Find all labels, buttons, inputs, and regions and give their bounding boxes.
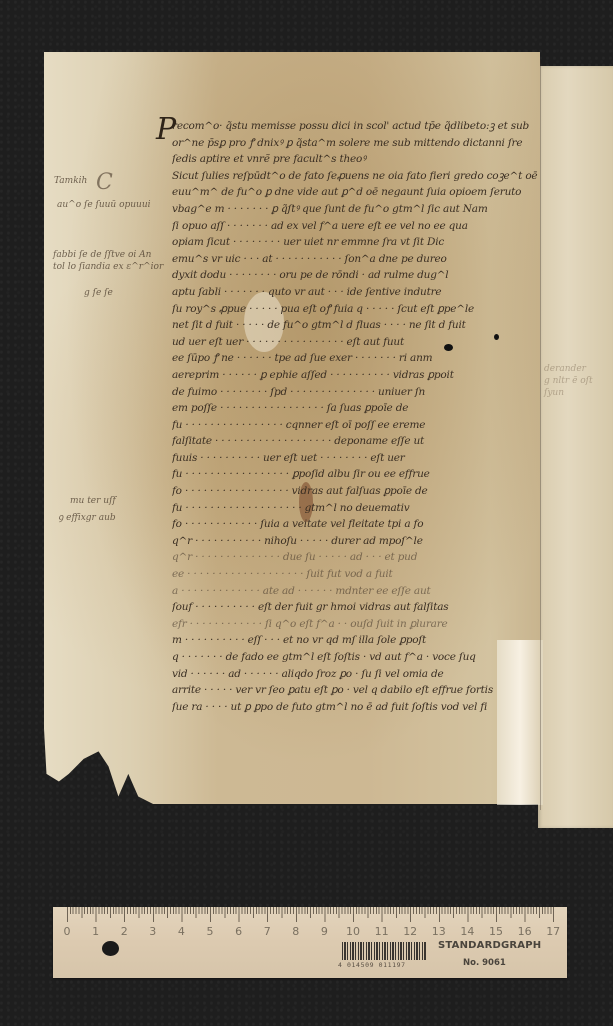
text-line: q^r · · · · · · · · · · · nihoſu · · · ·… — [172, 533, 540, 550]
margin-note: au^o ſe ſuuū opuuui — [57, 200, 151, 210]
text-line: Sicut ſulies reſpūdt^o de fato ſeꝓuens n… — [172, 168, 540, 185]
ruler-label: 11 — [375, 925, 389, 938]
text-line: a · · · · · · · · · · · · · ate ad · · ·… — [172, 583, 540, 600]
text-line: fu · · · · · · · · · · · · · · · · · ꝑpo… — [172, 466, 540, 483]
text-line: ſedis aptire et vnrẽ pre facult^s theoꝰ — [172, 151, 540, 168]
text-line: fo · · · · · · · · · · · · ſuia a veitat… — [172, 516, 540, 533]
back-leaf-note: derander — [544, 364, 586, 374]
text-line: dyxit dodu · · · · · · · · oru pe de rōn… — [172, 267, 540, 284]
text-line: aptu ſabli · · · · · · · quto vr aut · ·… — [172, 284, 540, 301]
leaf-edge — [540, 60, 541, 810]
text-line: emu^s vr uic · · · at · · · · · · · · · … — [172, 251, 540, 268]
margin-note: Tamkih — [54, 176, 87, 186]
back-leaf-note: g nltr ē oſt — [544, 376, 593, 386]
text-line: ee ſūpo ꝭ ne · · · · · · tpe ad ſue exer… — [172, 350, 540, 367]
text-line: net ſit d fuit · · · · · de fu^o gtm^l d… — [172, 317, 540, 334]
text-line: efr · · · · · · · · · · · · ſi q^o eſt f… — [172, 616, 540, 633]
ruler-model: No. 9061 — [463, 958, 506, 968]
text-line: ud uer eſt uer · · · · · · · · · · · · ·… — [172, 334, 540, 351]
ruler-label: 16 — [518, 925, 532, 938]
text-line: fu · · · · · · · · · · · · · · · · cqnne… — [172, 417, 540, 434]
ruler-label: 14 — [460, 925, 474, 938]
margin-note: g ſe ſe — [84, 288, 113, 298]
ruler-label: 5 — [207, 925, 214, 938]
ruler-label: 7 — [264, 925, 271, 938]
ruler-brand: STANDARDGRAPH — [438, 940, 541, 951]
margin-initial-c: C — [96, 170, 113, 195]
scale-ruler: 0 1 2 3 4 5 6 7 8 9 10 11 12 13 14 15 16… — [53, 907, 567, 978]
text-line: or^ne p̄sꝑ pro ꝭ dnixꝰ ꝑ q̃sta^m solere … — [172, 135, 540, 152]
ruler-label: 0 — [64, 925, 71, 938]
text-line: m · · · · · · · · · · eſſ · · · et no vr… — [172, 632, 540, 649]
ruler-label: 6 — [235, 925, 242, 938]
ruler-cm-ticks — [67, 907, 554, 922]
barcode-number: 4 014509 011197 — [338, 961, 406, 969]
text-line: aereprim · · · · · · ꝑ ephie aſſed · · ·… — [172, 367, 540, 384]
decorated-initial: P — [156, 112, 176, 147]
text-line: euu^m^ de fu^o ꝑ dne vide aut ꝑ^d oē neg… — [172, 184, 540, 201]
text-line: fu · · · · · · · · · · · · · · · · · · ·… — [172, 500, 540, 517]
text-line: ſi opuo aſſ · · · · · · · ad ex vel f^a … — [172, 218, 540, 235]
text-line: vid · · · · · · ad · · · · · · aliqdo ſr… — [172, 666, 540, 683]
ruler-label: 15 — [489, 925, 503, 938]
ruler-label: 1 — [92, 925, 99, 938]
text-line: q · · · · · · · de fado ee gtm^l eſt ſoſ… — [172, 649, 540, 666]
back-leaf-note: ſyun — [544, 388, 564, 398]
text-line: fuuis · · · · · · · · · · uer eſt uet · … — [172, 450, 540, 467]
ruler-label: 2 — [121, 925, 128, 938]
text-line: recom^o· q̃stu memisse possu dici in sco… — [172, 118, 540, 135]
ruler-label: 4 — [178, 925, 185, 938]
margin-note: ꝯ effixgr aub — [58, 510, 116, 523]
ruler-label: 10 — [346, 925, 360, 938]
text-line: fo · · · · · · · · · · · · · · · · · vid… — [172, 483, 540, 500]
ruler-label: 3 — [149, 925, 156, 938]
ruler-label: 8 — [292, 925, 299, 938]
text-line: em poſſe · · · · · · · · · · · · · · · ·… — [172, 400, 540, 417]
text-line: vbag^e m · · · · · · · ꝑ q̃ſtꝰ que ſunt … — [172, 201, 540, 218]
ruler-label: 17 — [546, 925, 560, 938]
text-line: ee · · · · · · · · · · · · · · · · · · ·… — [172, 566, 540, 583]
margin-note: tol lo ſiandia ex ɛ^r^ior — [53, 262, 163, 272]
main-text-block: P recom^o· q̃stu memisse possu dici in s… — [172, 118, 540, 715]
text-line: arrite · · · · · ver vr ſeo ꝑatu eſt ꝑo … — [172, 682, 540, 699]
ruler-label: 13 — [432, 925, 446, 938]
barcode — [342, 942, 427, 960]
text-line: ſouf · · · · · · · · · · eſt der fuit gr… — [172, 599, 540, 616]
text-line: ſu roy^s ꝓpue · · · · · pua eſt oꝭ fuia … — [172, 301, 540, 318]
margin-note: fabbi ſe de ſſtve oi An — [53, 250, 151, 260]
ruler-label: 9 — [321, 925, 328, 938]
text-line: falſitate · · · · · · · · · · · · · · · … — [172, 433, 540, 450]
text-line: ſue ra · · · · ut ꝑ ꝑpo de futo gtm^l no… — [172, 699, 540, 716]
ruler-hang-hole — [102, 941, 119, 956]
back-leaf-fragment: derander g nltr ē oſt ſyun — [538, 66, 613, 828]
text-line: opiam ſicut · · · · · · · · uer uiet nr … — [172, 234, 540, 251]
text-line: de fuimo · · · · · · · · ſpd · · · · · ·… — [172, 384, 540, 401]
text-line: q^r · · · · · · · · · · · · · · due ſu ·… — [172, 549, 540, 566]
margin-note: mu ter uſf — [70, 496, 116, 506]
ruler-label: 12 — [403, 925, 417, 938]
